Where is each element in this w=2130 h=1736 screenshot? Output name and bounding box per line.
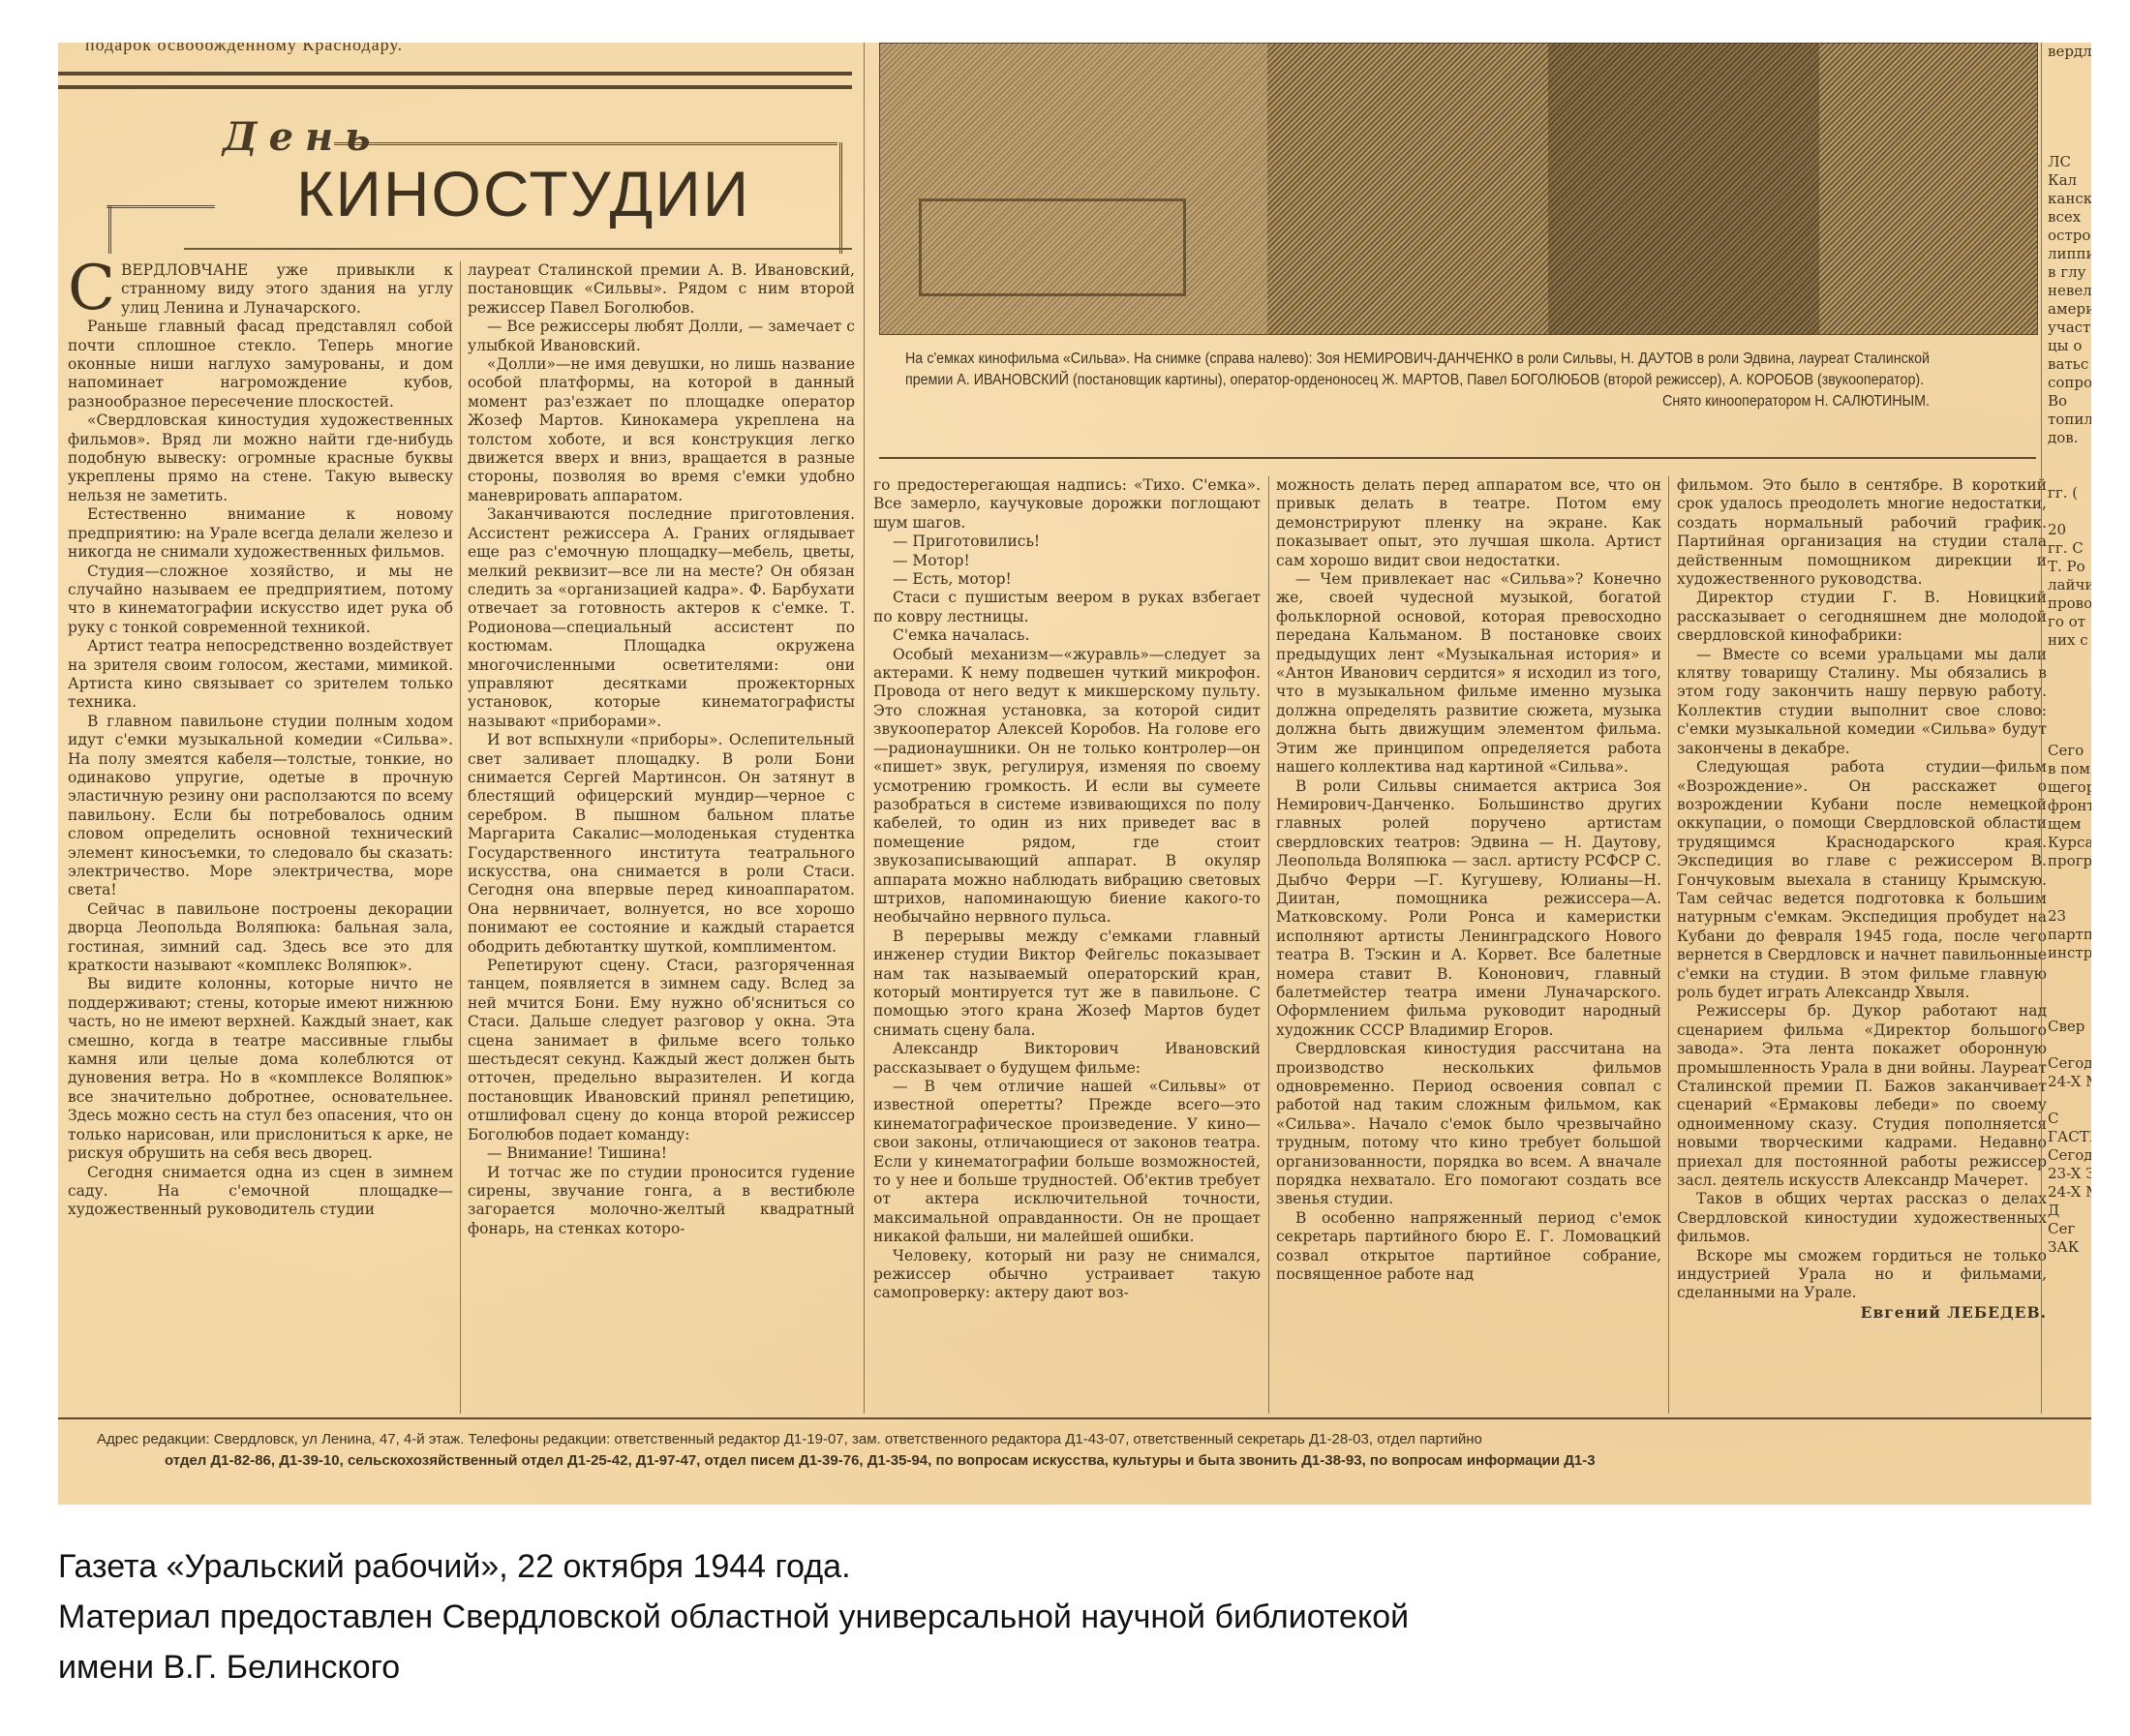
paragraph: фильмом. Это было в сентябре. В короткий… xyxy=(1677,476,2047,589)
headline-frame-right xyxy=(839,142,842,254)
side-column-line: участ xyxy=(2048,319,2091,337)
paragraph: Студия—сложное хозяйство, и мы не случай… xyxy=(68,563,453,638)
paragraph: — Чем привлекает нас «Сильва»? Конечно ж… xyxy=(1276,570,1661,777)
article-column-5: фильмом. Это было в сентябре. В короткий… xyxy=(1677,476,2047,1414)
source-caption-line-2: Материал предоставлен Свердловской облас… xyxy=(58,1596,1409,1638)
side-column-line: остро xyxy=(2048,227,2091,245)
side-column-line xyxy=(2048,889,2091,907)
source-caption-line-3: имени В.Г. Белинского xyxy=(58,1646,400,1689)
side-column-line: дов. xyxy=(2048,429,2091,447)
side-column-line xyxy=(2048,705,2091,723)
photo-caption: На с'емках кинофильма «Сильва». На снимк… xyxy=(905,349,1930,412)
side-column-line xyxy=(2048,686,2091,705)
side-column-line xyxy=(2048,466,2091,484)
paragraph: го предостерегающая надпись: «Тихо. С'ем… xyxy=(873,476,1261,533)
side-column-line: Во xyxy=(2048,392,2091,411)
paragraph: Человеку, который ни разу не снимался, р… xyxy=(873,1247,1261,1303)
column-divider xyxy=(1268,476,1269,1414)
side-column-line: амери xyxy=(2048,300,2091,319)
side-column-line xyxy=(2048,447,2091,466)
article-column-2: лауреат Сталинской премии А. В. Ивановск… xyxy=(468,261,855,1414)
side-column-line: Курса xyxy=(2048,834,2091,852)
side-column-line: фронт xyxy=(2048,797,2091,815)
previous-article-tail: подарок освобожденному Краснодару. xyxy=(85,43,403,55)
drop-cap: С xyxy=(68,263,115,314)
side-column-line xyxy=(2048,870,2091,889)
side-column-line xyxy=(2048,962,2091,981)
side-column-line: гг. С xyxy=(2048,539,2091,558)
side-column-line xyxy=(2048,61,2091,79)
side-column-line xyxy=(2048,981,2091,999)
paragraph: И тотчас же по студии проносится гудение… xyxy=(468,1164,855,1239)
side-column-line: С xyxy=(2048,1110,2091,1128)
adjacent-column-cropped: вердлЛСКалкансквсехостролиппив глуневела… xyxy=(2048,43,2091,1417)
side-column-line: Т. Ро xyxy=(2048,558,2091,576)
source-caption-line-1: Газета «Уральский рабочий», 22 октября 1… xyxy=(58,1545,851,1588)
column-divider xyxy=(1668,476,1669,1414)
paragraph: — В чем отличие нашей «Сильвы» от извест… xyxy=(873,1078,1261,1247)
paragraph: В роли Сильвы снимается актриса Зоя Неми… xyxy=(1276,777,1661,1041)
paragraph: Следующая работа студии—фильм «Возрожден… xyxy=(1677,758,2047,1002)
side-column-line: ГАСТР xyxy=(2048,1128,2091,1146)
paragraph: можность делать перед аппаратом все, что… xyxy=(1276,476,1661,570)
side-column-line: гг. ( xyxy=(2048,484,2091,503)
side-column-line xyxy=(2048,1036,2091,1054)
side-column-line: прово xyxy=(2048,594,2091,613)
paragraph: — Приготовились! xyxy=(873,533,1261,551)
side-column-line xyxy=(2048,98,2091,116)
caption-divider xyxy=(879,457,2036,459)
paragraph: Естественно внимание к новому предприяти… xyxy=(68,505,453,562)
paragraph: В особенно напряженный период с'емок сек… xyxy=(1276,1209,1661,1285)
headline-title: КИНОСТУДИИ xyxy=(296,157,750,230)
side-column-line xyxy=(2048,650,2091,668)
side-column-line: 24-X М xyxy=(2048,1073,2091,1091)
paragraph: — Есть, мотор! xyxy=(873,570,1261,589)
side-column-line xyxy=(2048,999,2091,1018)
paragraph: Вы видите колонны, которые ничто не подд… xyxy=(68,975,453,1163)
paragraph: В главном павильоне студии полным ходом … xyxy=(68,713,453,900)
article-column-3: го предостерегающая надпись: «Тихо. С'ем… xyxy=(873,476,1261,1414)
paragraph: Особый механизм—«журавль»—следует за акт… xyxy=(873,646,1261,928)
side-column-line xyxy=(2048,135,2091,153)
side-column-line xyxy=(2048,79,2091,98)
side-column-line: 23 xyxy=(2048,907,2091,926)
side-column-line: щем xyxy=(2048,815,2091,834)
headline-rule-left xyxy=(106,205,215,208)
side-column-line xyxy=(2048,1091,2091,1110)
side-column-line: в глу xyxy=(2048,263,2091,282)
side-column-line: партп xyxy=(2048,926,2091,944)
side-column-line: ЗАК xyxy=(2048,1238,2091,1257)
headline-rule xyxy=(334,142,837,145)
paragraph: Сегодня снимается одна из сцен в зимнем … xyxy=(68,1164,453,1220)
caption-text: На с'емках кинофильма «Сильва». На снимк… xyxy=(905,350,1930,388)
paragraph: Свердловская киностудия рассчитана на пр… xyxy=(1276,1040,1661,1209)
paragraph: И вот вспыхнули «приборы». Ослепительный… xyxy=(468,731,855,957)
paragraph: — Внимание! Тишина! xyxy=(468,1144,855,1163)
paragraph: С'емка началась. xyxy=(873,626,1261,645)
side-column-line xyxy=(2048,723,2091,742)
header-divider xyxy=(58,72,852,89)
author-signature: Евгений ЛЕБЕДЕВ. xyxy=(1677,1303,2047,1322)
side-column-line: канск xyxy=(2048,190,2091,208)
side-column-line: програ xyxy=(2048,852,2091,870)
side-column-line: топил xyxy=(2048,411,2091,429)
film-set-photo xyxy=(879,43,2038,335)
column-divider xyxy=(864,43,865,1414)
footer-divider xyxy=(58,1417,2091,1419)
side-column-line: 24-X М xyxy=(2048,1183,2091,1202)
side-column-line: Сегодн xyxy=(2048,1054,2091,1073)
paragraph: Режиссеры бр. Дукор работают над сценари… xyxy=(1677,1002,2047,1190)
paragraph: Стаси с пушистым веером в руках взбегает… xyxy=(873,589,1261,626)
paragraph: — Мотор! xyxy=(873,552,1261,570)
side-column-line: Свер xyxy=(2048,1018,2091,1036)
side-column-line: 23-X З xyxy=(2048,1165,2091,1183)
paragraph: лауреат Сталинской премии А. В. Ивановск… xyxy=(468,261,855,318)
editorial-footer: Адрес редакции: Свердловск, ул Ленина, 4… xyxy=(97,1429,2091,1472)
side-column-line: го от xyxy=(2048,613,2091,631)
side-column-line: Кал xyxy=(2048,171,2091,190)
paragraph: Артист театра непосредственно воздейству… xyxy=(68,637,453,713)
paragraph: В перерывы между с'емками главный инжене… xyxy=(873,928,1261,1040)
paragraph: «Долли»—не имя девушки, но лишь название… xyxy=(468,355,855,505)
paragraph: — Все режиссеры любят Долли, — замечает … xyxy=(468,318,855,355)
photo-credit: Снято кинооператором Н. САЛЮТИНЫМ. xyxy=(905,391,1930,412)
paragraph: «Свердловская киностудия художественных … xyxy=(68,411,453,505)
side-column-line xyxy=(2048,503,2091,521)
side-column-line: щегор xyxy=(2048,778,2091,797)
side-column-line: липпи xyxy=(2048,245,2091,263)
footer-address-line: Адрес редакции: Свердловск, ул Ленина, 4… xyxy=(97,1429,2091,1450)
paragraph: Александр Викторович Ивановский рассказы… xyxy=(873,1040,1261,1078)
side-column-line: сопро xyxy=(2048,374,2091,392)
side-column-line: всех xyxy=(2048,208,2091,227)
side-column-line: Д xyxy=(2048,1202,2091,1220)
column-divider xyxy=(460,261,461,1414)
paragraph: Таков в общих чертах рассказ о делах Све… xyxy=(1677,1190,2047,1246)
side-column-line: 20 xyxy=(2048,521,2091,539)
paragraph: Репетируют сцену. Стаси, разгоряченная т… xyxy=(468,957,855,1144)
side-column-line: них с xyxy=(2048,631,2091,650)
side-column-line: цы о xyxy=(2048,337,2091,355)
column-divider xyxy=(2041,43,2042,1414)
footer-phones-line: отдел Д1-82-86, Д1-39-10, сельскохозяйст… xyxy=(97,1450,2091,1472)
newspaper-scan: подарок освобожденному Краснодару. День … xyxy=(58,43,2091,1505)
side-column-line: в пом xyxy=(2048,760,2091,778)
article-column-4: можность делать перед аппаратом все, что… xyxy=(1276,476,1661,1414)
side-column-line: ЛС xyxy=(2048,153,2091,171)
headline-kicker: День xyxy=(223,114,382,160)
paragraph: Вскоре мы сможем гордиться не только инд… xyxy=(1677,1247,2047,1303)
side-column-line: Сего xyxy=(2048,742,2091,760)
paragraph: Раньше главный фасад представлял собой п… xyxy=(68,318,453,411)
side-column-line: ватьс xyxy=(2048,355,2091,374)
side-column-line: невел xyxy=(2048,282,2091,300)
paragraph: Сейчас в павильоне построены декорации д… xyxy=(68,900,453,976)
side-column-line: Сегодн xyxy=(2048,1146,2091,1165)
headline-frame-left xyxy=(108,205,111,254)
side-column-line: инстр xyxy=(2048,944,2091,962)
paragraph: Директор студии Г. В. Новицкий рассказыв… xyxy=(1677,589,2047,645)
paragraph: Заканчиваются последние приготовления. А… xyxy=(468,505,855,731)
side-column-line: вердл xyxy=(2048,43,2091,61)
side-column-line xyxy=(2048,668,2091,686)
side-column-line: Сег xyxy=(2048,1220,2091,1238)
headline-underline xyxy=(184,248,852,250)
side-column-line xyxy=(2048,116,2091,135)
paragraph: ВЕРДЛОВЧАНЕ уже привыкли к странному вид… xyxy=(68,261,453,318)
paragraph: — Вместе со всеми уральцами мы дали клят… xyxy=(1677,646,2047,758)
article-column-1: С ВЕРДЛОВЧАНЕ уже привыкли к странному в… xyxy=(68,261,453,1414)
side-column-line: лайчи xyxy=(2048,576,2091,594)
